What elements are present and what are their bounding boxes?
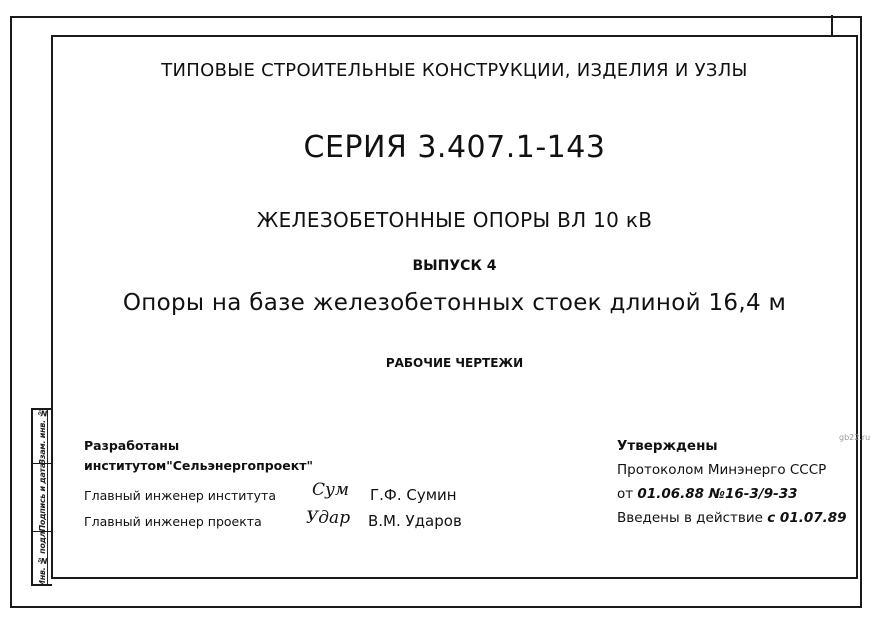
stamp-cell: Подпись и дата: [33, 464, 52, 532]
corner-box: [831, 15, 860, 36]
stamp-text: Взам. инв. №: [38, 410, 47, 464]
watermark: gb22.ru: [839, 433, 870, 442]
date-prefix: от: [617, 486, 633, 502]
document-title: ЖЕЛЕЗОБЕТОННЫЕ ОПОРЫ ВЛ 10 кВ: [51, 208, 858, 232]
developed-label: Разработаны: [84, 438, 179, 453]
document-header: ТИПОВЫЕ СТРОИТЕЛЬНЫЕ КОНСТРУКЦИИ, ИЗДЕЛИ…: [51, 60, 858, 81]
signature: Сум: [312, 480, 349, 500]
approved-label: Утверждены: [617, 438, 718, 454]
document-subtitle: Опоры на базе железобетонных стоек длино…: [51, 290, 858, 316]
side-stamp: Взам. инв. № Подпись и дата Инв. № подл.: [31, 408, 52, 586]
signature: Удар: [306, 508, 350, 528]
stamp-cell: Инв. № подл.: [33, 532, 52, 584]
approval-date: от 01.06.88 №16-3/9-33: [617, 486, 797, 502]
document-type: РАБОЧИЕ ЧЕРТЕЖИ: [51, 356, 858, 370]
signatory-name: В.М. Ударов: [368, 512, 462, 530]
series-number: СЕРИЯ 3.407.1-143: [51, 130, 858, 165]
signatory-role: Главный инженер проекта: [84, 514, 262, 529]
stamp-cell: Взам. инв. №: [33, 410, 52, 464]
signatory-role: Главный инженер института: [84, 488, 276, 503]
date-value: 01.06.88 №16-3/9-33: [637, 486, 797, 502]
approved-by: Протоколом Минэнерго СССР: [617, 462, 826, 478]
effective-prefix: Введены в действие: [617, 510, 763, 526]
effective-value: с 01.07.89: [767, 510, 846, 526]
signatory-name: Г.Ф. Сумин: [370, 486, 457, 504]
stamp-text: Инв. № подл.: [38, 532, 47, 584]
effective-date: Введены в действие с 01.07.89: [617, 510, 847, 526]
issue-number: ВЫПУСК 4: [51, 258, 858, 274]
developer-institute: институтом"Сельэнергопроект": [84, 458, 313, 473]
stamp-text: Подпись и дата: [38, 464, 47, 532]
